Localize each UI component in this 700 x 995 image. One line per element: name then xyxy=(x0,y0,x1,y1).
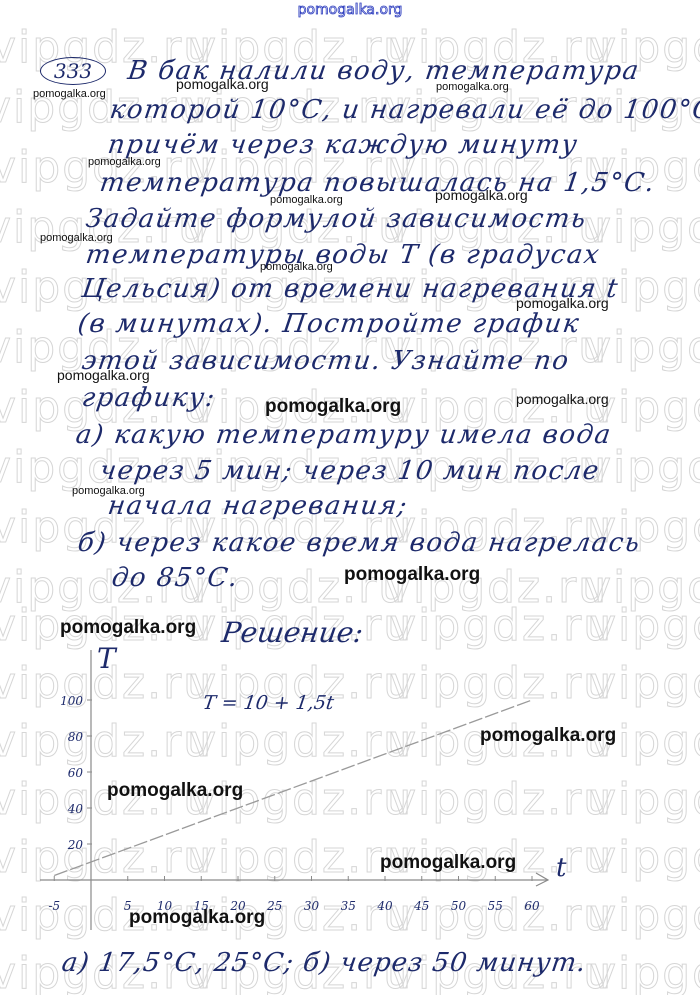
overlay-watermark: pomogalka.org xyxy=(344,564,480,586)
overlay-watermark: pomogalka.org xyxy=(436,81,509,93)
overlay-watermark: pomogalka.org xyxy=(270,194,343,206)
overlay-watermark: pomogalka.org xyxy=(33,88,106,100)
overlay-watermark: pomogalka.org xyxy=(72,485,145,497)
y-tick-label: 20 xyxy=(67,838,84,852)
x-tick-label: 50 xyxy=(451,899,467,913)
overlay-watermark: pomogalka.org xyxy=(40,232,113,244)
answer: а) 17,5°С, 25°С; б) через 50 минут. xyxy=(60,948,589,978)
x-tick-label: 60 xyxy=(524,899,540,913)
y-tick-label: 80 xyxy=(68,730,84,744)
overlay-watermark: pomogalka.org xyxy=(176,76,269,92)
x-tick-label: 40 xyxy=(376,899,393,913)
overlay-watermark: pomogalka.org xyxy=(516,295,609,311)
x-tick-label: 55 xyxy=(488,899,503,913)
overlay-watermark: pomogalka.org xyxy=(57,367,150,383)
overlay-watermark: pomogalka.org xyxy=(107,780,243,802)
overlay-watermark: pomogalka.org xyxy=(516,391,609,407)
x-axis-label: t xyxy=(556,853,567,883)
y-tick-label: 40 xyxy=(67,802,84,816)
x-tick-label: 25 xyxy=(266,899,282,913)
x-tick-label: 30 xyxy=(304,899,320,913)
overlay-watermark: pomogalka.org xyxy=(129,907,265,929)
overlay-watermark: pomogalka.org xyxy=(60,617,196,639)
overlay-watermark: pomogalka.org xyxy=(380,852,516,874)
overlay-watermark: pomogalka.org xyxy=(265,396,401,418)
overlay-watermark: pomogalka.org xyxy=(435,187,528,203)
x-tick-label: 35 xyxy=(341,899,356,913)
y-axis-label: T xyxy=(97,642,118,675)
x-tick-label: 45 xyxy=(413,899,429,913)
temperature-time-graph: Tt20406080100-551015202530354045505560 xyxy=(0,0,700,995)
overlay-watermark: pomogalka.org xyxy=(260,261,333,273)
site-link[interactable]: pomogalka.org xyxy=(0,2,700,18)
overlay-watermark: pomogalka.org xyxy=(88,156,161,168)
overlay-watermark: pomogalka.org xyxy=(480,725,616,747)
y-tick-label: 100 xyxy=(60,694,83,708)
x-tick-label: -5 xyxy=(48,899,60,913)
y-tick-label: 60 xyxy=(68,766,84,780)
